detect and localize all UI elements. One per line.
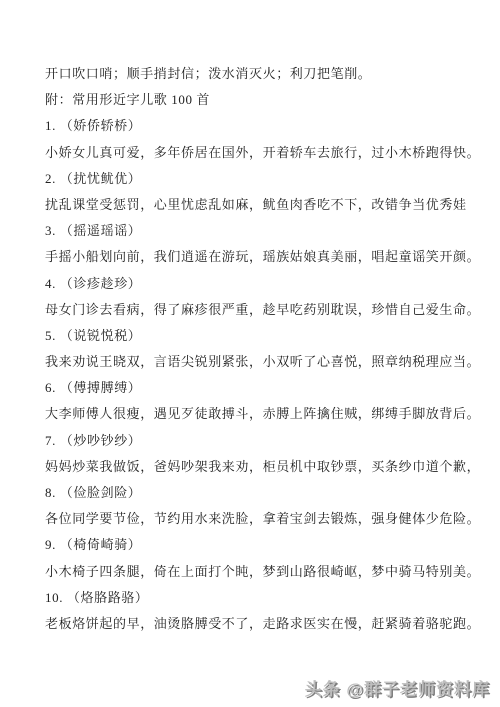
- entry-7-heading: 7. （炒吵钞纱）: [45, 428, 480, 454]
- watermark: 头条 @群子老师资料库: [305, 675, 490, 700]
- entry-4-body: 母女门诊去看病，得了麻疹很严重，趁早吃药别耽误，珍惜自己爱生命。: [45, 297, 480, 323]
- entry-4-heading: 4. （诊疹趁珍）: [45, 271, 480, 297]
- entry-10-heading: 10. （烙胳路骆）: [45, 585, 480, 611]
- document-content: 开口吹口哨；顺手捎封信；泼水消灭火；利刀把笔削。 附：常用形近字儿歌 100 首…: [45, 61, 480, 637]
- entry-9-body: 小木椅子四条腿，倚在上面打个盹，梦到山路很崎岖，梦中骑马特别美。: [45, 559, 480, 585]
- entry-10-body: 老板烙饼起的早，油烫胳膊受不了，走路求医实在慢，赶紧骑着骆驼跑。: [45, 611, 480, 637]
- entry-8-body: 各位同学要节俭，节约用水来洗脸，拿着宝剑去锻炼，强身健体少危险。: [45, 506, 480, 532]
- intro-line: 开口吹口哨；顺手捎封信；泼水消灭火；利刀把笔削。: [45, 61, 480, 87]
- entry-2-heading: 2. （扰忧鱿优）: [45, 166, 480, 192]
- appendix-title: 附：常用形近字儿歌 100 首: [45, 87, 480, 113]
- entry-7-body: 妈妈炒菜我做饭，爸妈吵架我来劝，柜员机中取钞票，买条纱巾道个歉，: [45, 454, 480, 480]
- entry-6-heading: 6. （傅搏膊缚）: [45, 375, 480, 401]
- document-page: 开口吹口哨；顺手捎封信；泼水消灭火；利刀把笔削。 附：常用形近字儿歌 100 首…: [0, 0, 500, 707]
- entry-6-body: 大李师傅人很瘦，遇见歹徒敢搏斗，赤膊上阵擒住贼，绑缚手脚放背后。: [45, 401, 480, 427]
- entry-3-heading: 3. （摇遥瑶谣）: [45, 218, 480, 244]
- entry-9-heading: 9. （椅倚崎骑）: [45, 532, 480, 558]
- entry-5-heading: 5. （说锐悦税）: [45, 323, 480, 349]
- entry-8-heading: 8. （俭脸剑险）: [45, 480, 480, 506]
- entry-1-body: 小娇女儿真可爱，多年侨居在国外，开着轿车去旅行，过小木桥跑得快。: [45, 140, 480, 166]
- entry-3-body: 手摇小船划向前，我们逍遥在游玩，瑶族姑娘真美丽，唱起童谣笑开颜。: [45, 244, 480, 270]
- entry-2-body: 扰乱课堂受惩罚，心里忧虑乱如麻，鱿鱼肉香吃不下，改错争当优秀娃: [45, 192, 480, 218]
- entry-1-heading: 1. （娇侨轿桥）: [45, 113, 480, 139]
- entry-5-body: 我来劝说王晓双，言语尖锐别紧张，小双听了心喜悦，照章纳税理应当。: [45, 349, 480, 375]
